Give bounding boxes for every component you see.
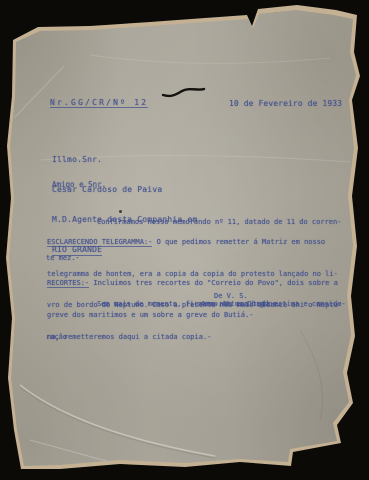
reference-number: Nr.GG/CR/Nº 12	[50, 98, 148, 108]
letter-date: 10 de Fevereiro de 1933	[229, 99, 342, 108]
letter-paper: Diversos 1614 Nr.GG/CR/Nº 12 10 de Fever…	[0, 0, 369, 480]
photo-background: Diversos 1614 Nr.GG/CR/Nº 12 10 de Fever…	[0, 0, 369, 480]
signature-line: Amos.Attos.Obrgdos.	[201, 300, 281, 308]
salutation: Amigo e Snr.	[52, 180, 106, 189]
paragraph-heading: ESCLARECENDO TELEGRAMMA:-	[47, 238, 152, 247]
letter-line: O que pedimos remetter á Matriz em nosso	[152, 238, 325, 246]
closing-paragraph: Sem mais de momento, firmamo-nos com tod…	[46, 277, 346, 365]
letter-line: Sem mais de momento, firmamo-nos com tod…	[46, 299, 346, 310]
letter-line: ração	[46, 332, 346, 343]
letter-line: ESCLARECENDO TELEGRAMMA:- O que pedimos …	[47, 237, 342, 248]
valediction: De V. S.	[214, 292, 248, 300]
recipient-honorific: Illmo.Snr.	[52, 155, 197, 165]
ink-mark	[160, 85, 208, 101]
